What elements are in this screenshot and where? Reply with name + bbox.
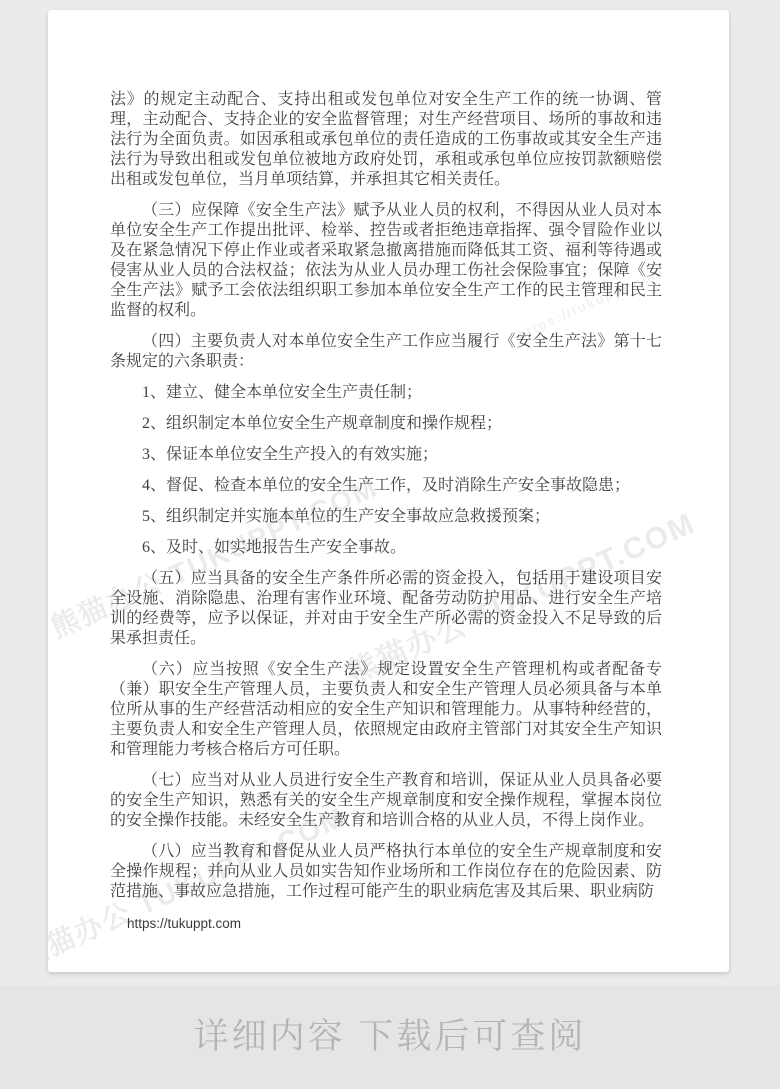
preview-footer-band: 详细内容 下载后可查阅 bbox=[0, 985, 780, 1089]
doc-list-item-2: 2、组织制定本单位安全生产规章制度和操作规程； bbox=[110, 414, 662, 434]
doc-list-item-6: 6、及时、如实地报告生产安全事故。 bbox=[110, 538, 662, 558]
doc-list-item-4: 4、督促、检查本单位的安全生产工作，及时消除生产安全事故隐患； bbox=[110, 476, 662, 496]
doc-paragraph-item-6: （六）应当按照《安全生产法》规定设置安全生产管理机构或者配备专（兼）职安全生产管… bbox=[110, 660, 662, 760]
doc-list-item-1: 1、建立、健全本单位安全生产责任制； bbox=[110, 383, 662, 403]
document-body: 法》的规定主动配合、支持出租或发包单位对安全生产工作的统一协调、管理，主动配合、… bbox=[110, 90, 662, 934]
source-url-text: https://tukuppt.com bbox=[110, 914, 662, 934]
doc-paragraph-item-7: （七）应当对从业人员进行安全生产教育和培训，保证从业人员具备必要的安全生产知识，… bbox=[110, 771, 662, 831]
doc-list-item-5: 5、组织制定并实施本单位的生产安全事故应急救援预案； bbox=[110, 507, 662, 527]
doc-paragraph-item-3: （三）应保障《安全生产法》赋予从业人员的权利，不得因从业人员对本单位安全生产工作… bbox=[110, 201, 662, 321]
doc-paragraph-item-5: （五）应当具备的安全生产条件所必需的资金投入，包括用于建设项目安全设施、消除隐患… bbox=[110, 569, 662, 649]
footer-caption: 详细内容 下载后可查阅 bbox=[0, 985, 780, 1089]
document-page: 熊猫办公 TUKUPPT.COM 熊猫办公 TUKUPPT.COM 熊猫办公 T… bbox=[48, 10, 729, 972]
doc-paragraph-item-8: （八）应当教育和督促从业人员严格执行本单位的安全生产规章制度和安全操作规程；并向… bbox=[110, 842, 662, 902]
doc-list-item-3: 3、保证本单位安全生产投入的有效实施； bbox=[110, 445, 662, 465]
preview-background: 熊猫办公 TUKUPPT.COM 熊猫办公 TUKUPPT.COM 熊猫办公 T… bbox=[0, 0, 780, 1089]
doc-paragraph-continuation: 法》的规定主动配合、支持出租或发包单位对安全生产工作的统一协调、管理，主动配合、… bbox=[110, 90, 662, 190]
doc-paragraph-item-4: （四）主要负责人对本单位安全生产工作应当履行《安全生产法》第十七条规定的六条职责… bbox=[110, 332, 662, 372]
